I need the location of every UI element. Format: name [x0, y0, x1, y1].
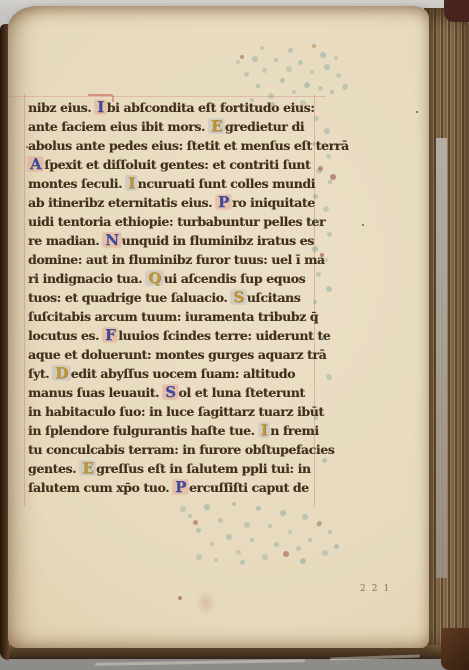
manuscript-line: re madian. Nunquid in fluminibz iratus e…	[28, 231, 324, 250]
manuscript-line: abolus ante pedes eius: ſtetit et menſus…	[28, 136, 324, 155]
text-block: nibz eius. Ibi abſcondita eſt fortitudo …	[28, 98, 324, 497]
faint-stain	[196, 590, 216, 616]
text-segment: nibz eius.	[28, 100, 95, 115]
manuscript-line: nibz eius. Ibi abſcondita eſt fortitudo …	[28, 98, 324, 117]
text-segment: ui aſcendis ſup equos	[164, 271, 306, 286]
ruling-line-horizontal-top	[10, 96, 326, 97]
illuminated-initial-gold: S	[231, 290, 245, 304]
showthrough-dot-teal	[250, 538, 254, 542]
illuminated-initial-blue: N	[103, 233, 120, 247]
showthrough-dot-teal	[256, 84, 260, 88]
showthrough-dot-maroon	[240, 55, 244, 59]
manuscript-line: ſyt. Dedit abyſſus uocem ſuam: altitudo	[28, 364, 324, 383]
manuscript-line: tu conculcabis terram: in furore obſtupe…	[28, 440, 324, 459]
illuminated-initial-blue: A	[28, 157, 43, 171]
text-segment: ro iniquitate	[232, 195, 315, 210]
showthrough-dot-teal	[330, 90, 334, 94]
showthrough-dot-teal	[256, 506, 261, 511]
showthrough-dot-teal	[324, 64, 330, 70]
showthrough-dot-teal	[226, 534, 232, 540]
showthrough-dot-teal	[262, 68, 267, 73]
manuscript-line: gentes. Egreſſus eſt in ſalutem ppli tui…	[28, 459, 324, 478]
showthrough-dot-orange	[317, 521, 322, 526]
showthrough-dot-teal	[260, 46, 264, 50]
manuscript-line: ri indignacio tua. Qui aſcendis ſup equo…	[28, 269, 324, 288]
text-segment: ab itineribz eternitatis eius.	[28, 195, 216, 210]
showthrough-dot-teal	[334, 56, 338, 60]
showthrough-dot-teal	[328, 180, 332, 184]
text-segment: ol et luna ſteterunt	[179, 385, 305, 400]
showthrough-dot-teal	[296, 546, 301, 551]
illuminated-initial-blue: F	[103, 328, 117, 342]
text-segment: uidi tentoria ethiopie: turbabuntur pell…	[28, 214, 325, 229]
showthrough-dot-teal	[280, 510, 286, 516]
showthrough-dot-teal	[250, 98, 254, 102]
showthrough-dot-teal	[320, 52, 326, 58]
showthrough-dot-teal	[196, 528, 201, 533]
ink-speck	[416, 111, 418, 113]
manuscript-line: in ſplendore fulgurantis haſte tue. In f…	[28, 421, 324, 440]
showthrough-dot-teal	[326, 154, 331, 159]
illuminated-initial-blue: P	[173, 480, 188, 494]
showthrough-dot-teal	[314, 416, 318, 420]
showthrough-dot-teal	[286, 66, 292, 72]
showthrough-dot-orange	[312, 44, 316, 48]
showthrough-dot-teal	[342, 84, 348, 90]
manuscript-line: Aſpexit et diſſoluit gentes: et contriti…	[28, 155, 324, 174]
showthrough-dot-maroon	[318, 166, 323, 171]
showthrough-dot-teal	[244, 522, 250, 528]
illuminated-initial-blue: P	[216, 195, 231, 209]
showthrough-dot-teal	[328, 530, 332, 534]
showthrough-dot-teal	[304, 82, 310, 88]
floor-highlight-streak	[95, 659, 305, 666]
showthrough-dot-teal	[196, 554, 202, 560]
text-segment: bi abſcondita eſt fortitudo eius:	[107, 100, 315, 115]
text-segment: manus ſuas leuauit.	[28, 385, 163, 400]
showthrough-dot-teal	[312, 142, 316, 146]
text-segment: edit abyſſus uocem ſuam: altitudo	[71, 366, 295, 381]
showthrough-dot-teal	[274, 58, 278, 62]
text-segment: domine: aut in fluminibz furor tuus: uel…	[28, 252, 325, 267]
book-fore-edge	[424, 8, 469, 658]
text-segment: ſalutem cum xp̄o tuo.	[28, 480, 173, 495]
showthrough-dot-teal	[300, 558, 306, 564]
book-cover-corner-bottom-right	[441, 628, 469, 670]
showthrough-dot-teal	[214, 558, 218, 562]
showthrough-dot-teal	[313, 300, 317, 304]
text-segment: re madian.	[28, 233, 103, 248]
showthrough-dot-teal	[323, 206, 329, 212]
showthrough-dot-teal	[268, 93, 274, 99]
showthrough-dot-teal	[236, 550, 241, 555]
showthrough-dot-teal	[315, 220, 319, 224]
showthrough-dot-teal	[316, 272, 321, 277]
illuminated-initial-blue: I	[95, 100, 106, 114]
text-segment: gredietur di	[225, 119, 304, 134]
showthrough-dot-teal	[252, 56, 258, 62]
text-segment: ncuruati ſunt colles mundi	[138, 176, 315, 191]
manuscript-line: aque et doluerunt: montes gurges aquarz …	[28, 345, 324, 364]
showthrough-dot-teal	[313, 194, 318, 199]
showthrough-dot-teal	[204, 504, 210, 510]
illuminated-initial-gold: I	[126, 176, 137, 190]
showthrough-dot-teal	[288, 530, 292, 534]
manuscript-line: ante faciem eius ibit mors. Egredietur d…	[28, 117, 324, 136]
text-segment: aque et doluerunt: montes gurges aquarz …	[28, 347, 326, 362]
showthrough-dot-maroon	[330, 174, 336, 180]
illuminated-initial-gold: E	[209, 119, 224, 133]
ink-speck	[26, 146, 28, 148]
manuscript-line: domine: aut in fluminibz furor tuus: uel…	[28, 250, 324, 269]
showthrough-dot-teal	[300, 100, 306, 106]
manuscript-line: uidi tentoria ethiopie: turbabuntur pell…	[28, 212, 324, 231]
fore-edge-gray-wedge	[436, 138, 447, 578]
text-segment: tu conculcabis terram: in furore obſtupe…	[28, 442, 334, 457]
showthrough-dot-teal	[288, 48, 293, 53]
showthrough-dot-teal	[236, 60, 240, 64]
text-segment: in habitaculo ſuo: in luce ſagittarz tua…	[28, 404, 324, 419]
showthrough-dot-teal	[270, 102, 275, 107]
text-segment: ſuſcitabis arcum tuum: iuramenta tribubz…	[28, 309, 318, 324]
showthrough-dot-teal	[314, 116, 319, 121]
text-segment: ri indignacio tua.	[28, 271, 146, 286]
showthrough-dot-teal	[324, 258, 328, 262]
showthrough-dot-teal	[326, 286, 332, 292]
book-cover-corner-top-right	[444, 0, 469, 22]
showthrough-dot-teal	[218, 518, 223, 523]
illuminated-initial-gold: Q	[146, 271, 163, 285]
showthrough-dot-teal	[210, 542, 214, 546]
ink-speck	[362, 224, 364, 226]
illuminated-initial-gold: I	[259, 423, 270, 437]
manuscript-line: in habitaculo ſuo: in luce ſagittarz tua…	[28, 402, 324, 421]
showthrough-dot-teal	[298, 60, 303, 65]
showthrough-dot-teal	[334, 544, 339, 549]
showthrough-dot-maroon	[283, 551, 289, 557]
showthrough-dot-teal	[336, 73, 341, 78]
showthrough-dot-teal	[244, 72, 249, 77]
text-segment: n fremi	[270, 423, 319, 438]
illuminated-initial-gold: E	[80, 461, 95, 475]
showthrough-dot-teal	[188, 514, 192, 518]
photo-backdrop: nibz eius. Ibi abſcondita eſt fortitudo …	[0, 0, 469, 670]
showthrough-dot-teal	[326, 374, 332, 380]
illuminated-initial-gold: D	[53, 366, 70, 380]
text-segment: abolus ante pedes eius: ſtetit et menſus…	[28, 138, 349, 153]
folio-number: 221	[360, 584, 395, 594]
showthrough-dot-teal	[274, 542, 279, 547]
ruling-line-vertical-left	[24, 94, 25, 506]
showthrough-dot-teal	[180, 506, 186, 512]
text-segment: gentes.	[28, 461, 80, 476]
manuscript-line: ſalutem cum xp̄o tuo. Percuſſiſti caput …	[28, 478, 324, 497]
illuminated-initial-blue: S	[163, 385, 177, 399]
showthrough-dot-teal	[240, 560, 245, 565]
showthrough-dot-teal	[262, 554, 268, 560]
text-segment: montes ſeculi.	[28, 176, 126, 191]
text-segment: in ſplendore fulgurantis haſte tue.	[28, 423, 259, 438]
text-segment: uſcitans	[247, 290, 301, 305]
text-segment: greſſus eſt in ſalutem ppli tui: in	[96, 461, 311, 476]
text-segment: locutus es.	[28, 328, 103, 343]
manuscript-line: locutus es. Fluuios ſcindes terre: uider…	[28, 326, 324, 345]
text-segment: ante faciem eius ibit mors.	[28, 119, 209, 134]
manuscript-page: nibz eius. Ibi abſcondita eſt fortitudo …	[8, 6, 429, 648]
showthrough-dot-teal	[232, 502, 236, 506]
showthrough-dot-teal	[308, 538, 312, 542]
manuscript-line: tuos: et quadrige tue ſaluacio. Suſcitan…	[28, 288, 324, 307]
showthrough-dot-teal	[320, 336, 325, 341]
showthrough-dot-maroon	[320, 253, 324, 257]
text-segment: tuos: et quadrige tue ſaluacio.	[28, 290, 231, 305]
showthrough-dot-teal	[327, 232, 332, 237]
showthrough-dot-teal	[302, 514, 308, 520]
showthrough-dot-teal	[322, 550, 328, 556]
manuscript-line: montes ſeculi. Incuruati ſunt colles mun…	[28, 174, 324, 193]
showthrough-dot-teal	[268, 524, 272, 528]
showthrough-dot-teal	[318, 86, 323, 91]
text-segment: unquid in fluminibz iratus es	[122, 233, 314, 248]
showthrough-dot-maroon	[193, 520, 198, 525]
showthrough-dot-teal	[292, 90, 296, 94]
showthrough-dot-maroon	[178, 596, 182, 600]
text-segment: ſpexit et diſſoluit gentes: et contriti …	[44, 157, 310, 172]
text-segment: luuios ſcindes terre: uiderunt te	[118, 328, 330, 343]
showthrough-dot-teal	[322, 458, 327, 463]
manuscript-line: ſuſcitabis arcum tuum: iuramenta tribubz…	[28, 307, 324, 326]
text-segment: ercuſſiſti caput de	[189, 480, 309, 495]
showthrough-dot-teal	[310, 70, 314, 74]
showthrough-dot-teal	[312, 246, 318, 252]
showthrough-dot-teal	[280, 78, 285, 83]
manuscript-line: ab itineribz eternitatis eius. Pro iniqu…	[28, 193, 324, 212]
showthrough-dot-teal	[324, 128, 330, 134]
manuscript-line: manus ſuas leuauit. Sol et luna ſteterun…	[28, 383, 324, 402]
text-segment: ſyt.	[28, 366, 53, 381]
